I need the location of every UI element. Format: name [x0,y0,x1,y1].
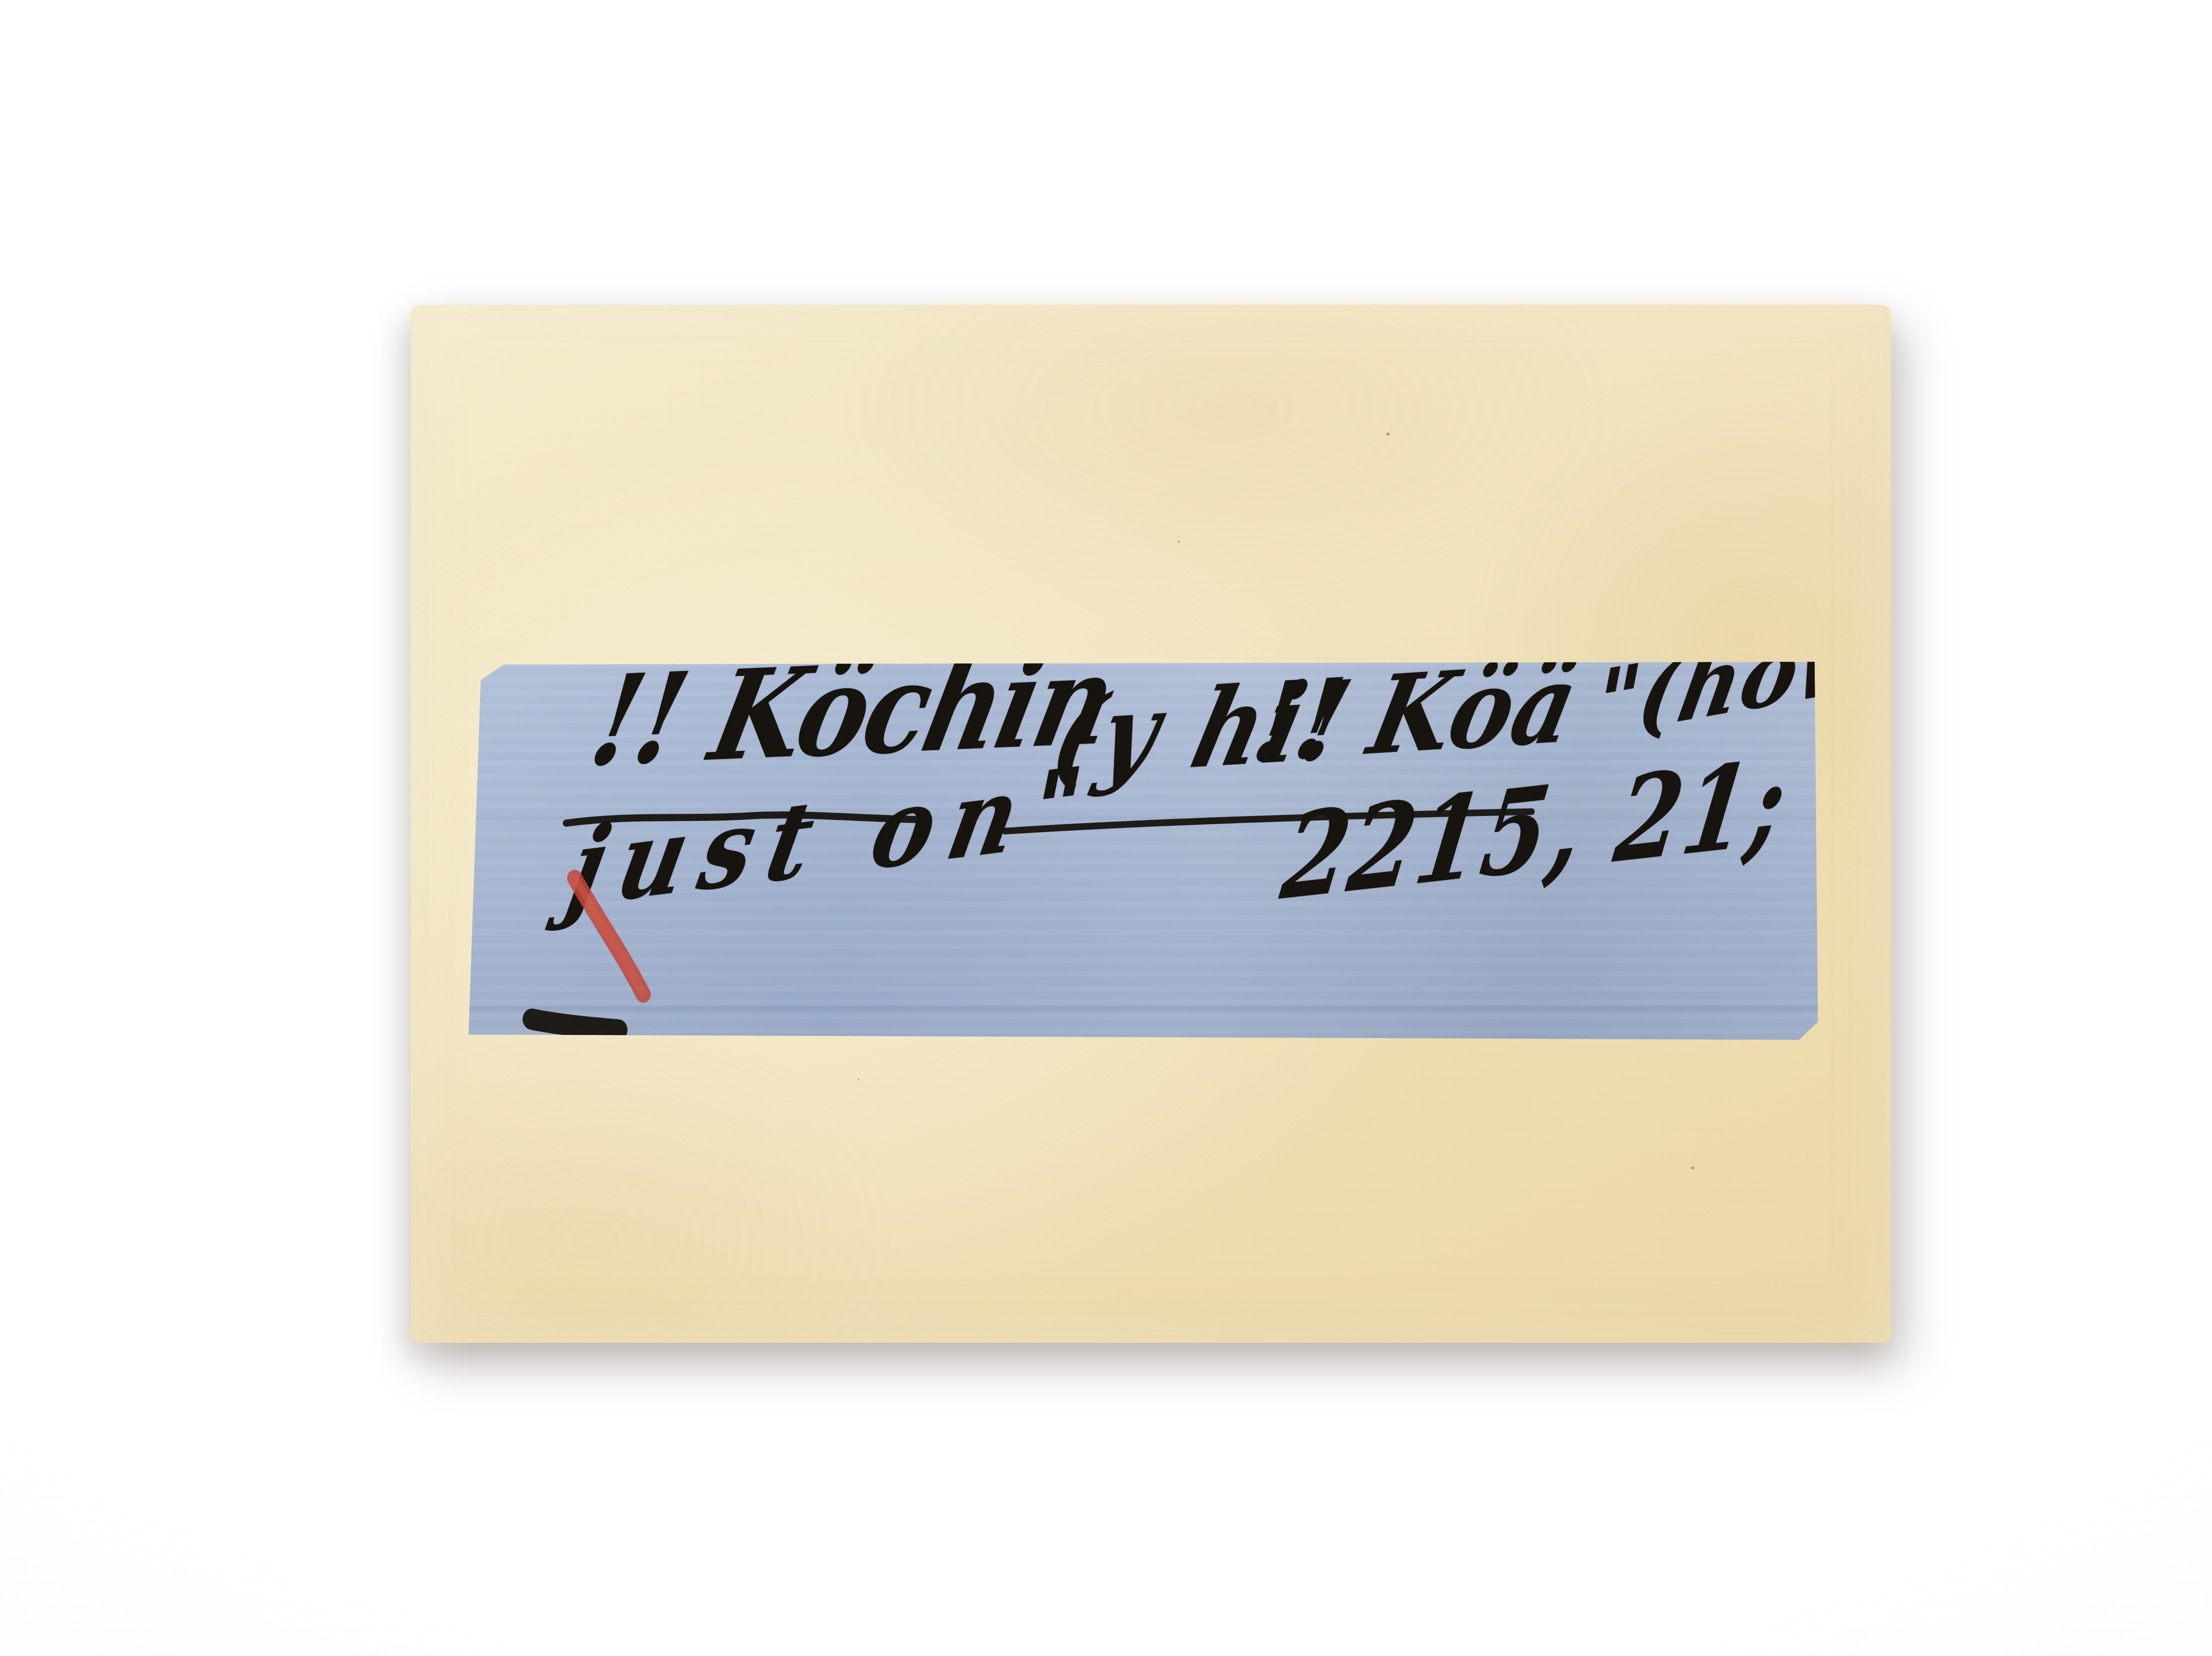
blue-note-slip: !! Köchin (y hi! !! Köä "(how) just on" … [466,662,1818,1039]
red-pencil-stroke-core [576,880,642,992]
paper-speck [1691,1166,1694,1169]
ink-marks-overlay [466,662,1818,1039]
paper-speck [857,1078,860,1081]
ink-dash [532,1020,618,1030]
paper-speck [1178,540,1180,543]
envelope-paper: !! Köchin (y hi! !! Köä "(how) just on" … [411,305,1892,1343]
underline-stroke-1 [566,815,921,824]
underline-stroke-2 [1005,812,1532,831]
paper-speck [1386,433,1390,436]
photo-background: !! Köchin (y hi! !! Köä "(how) just on" … [0,0,2212,1656]
